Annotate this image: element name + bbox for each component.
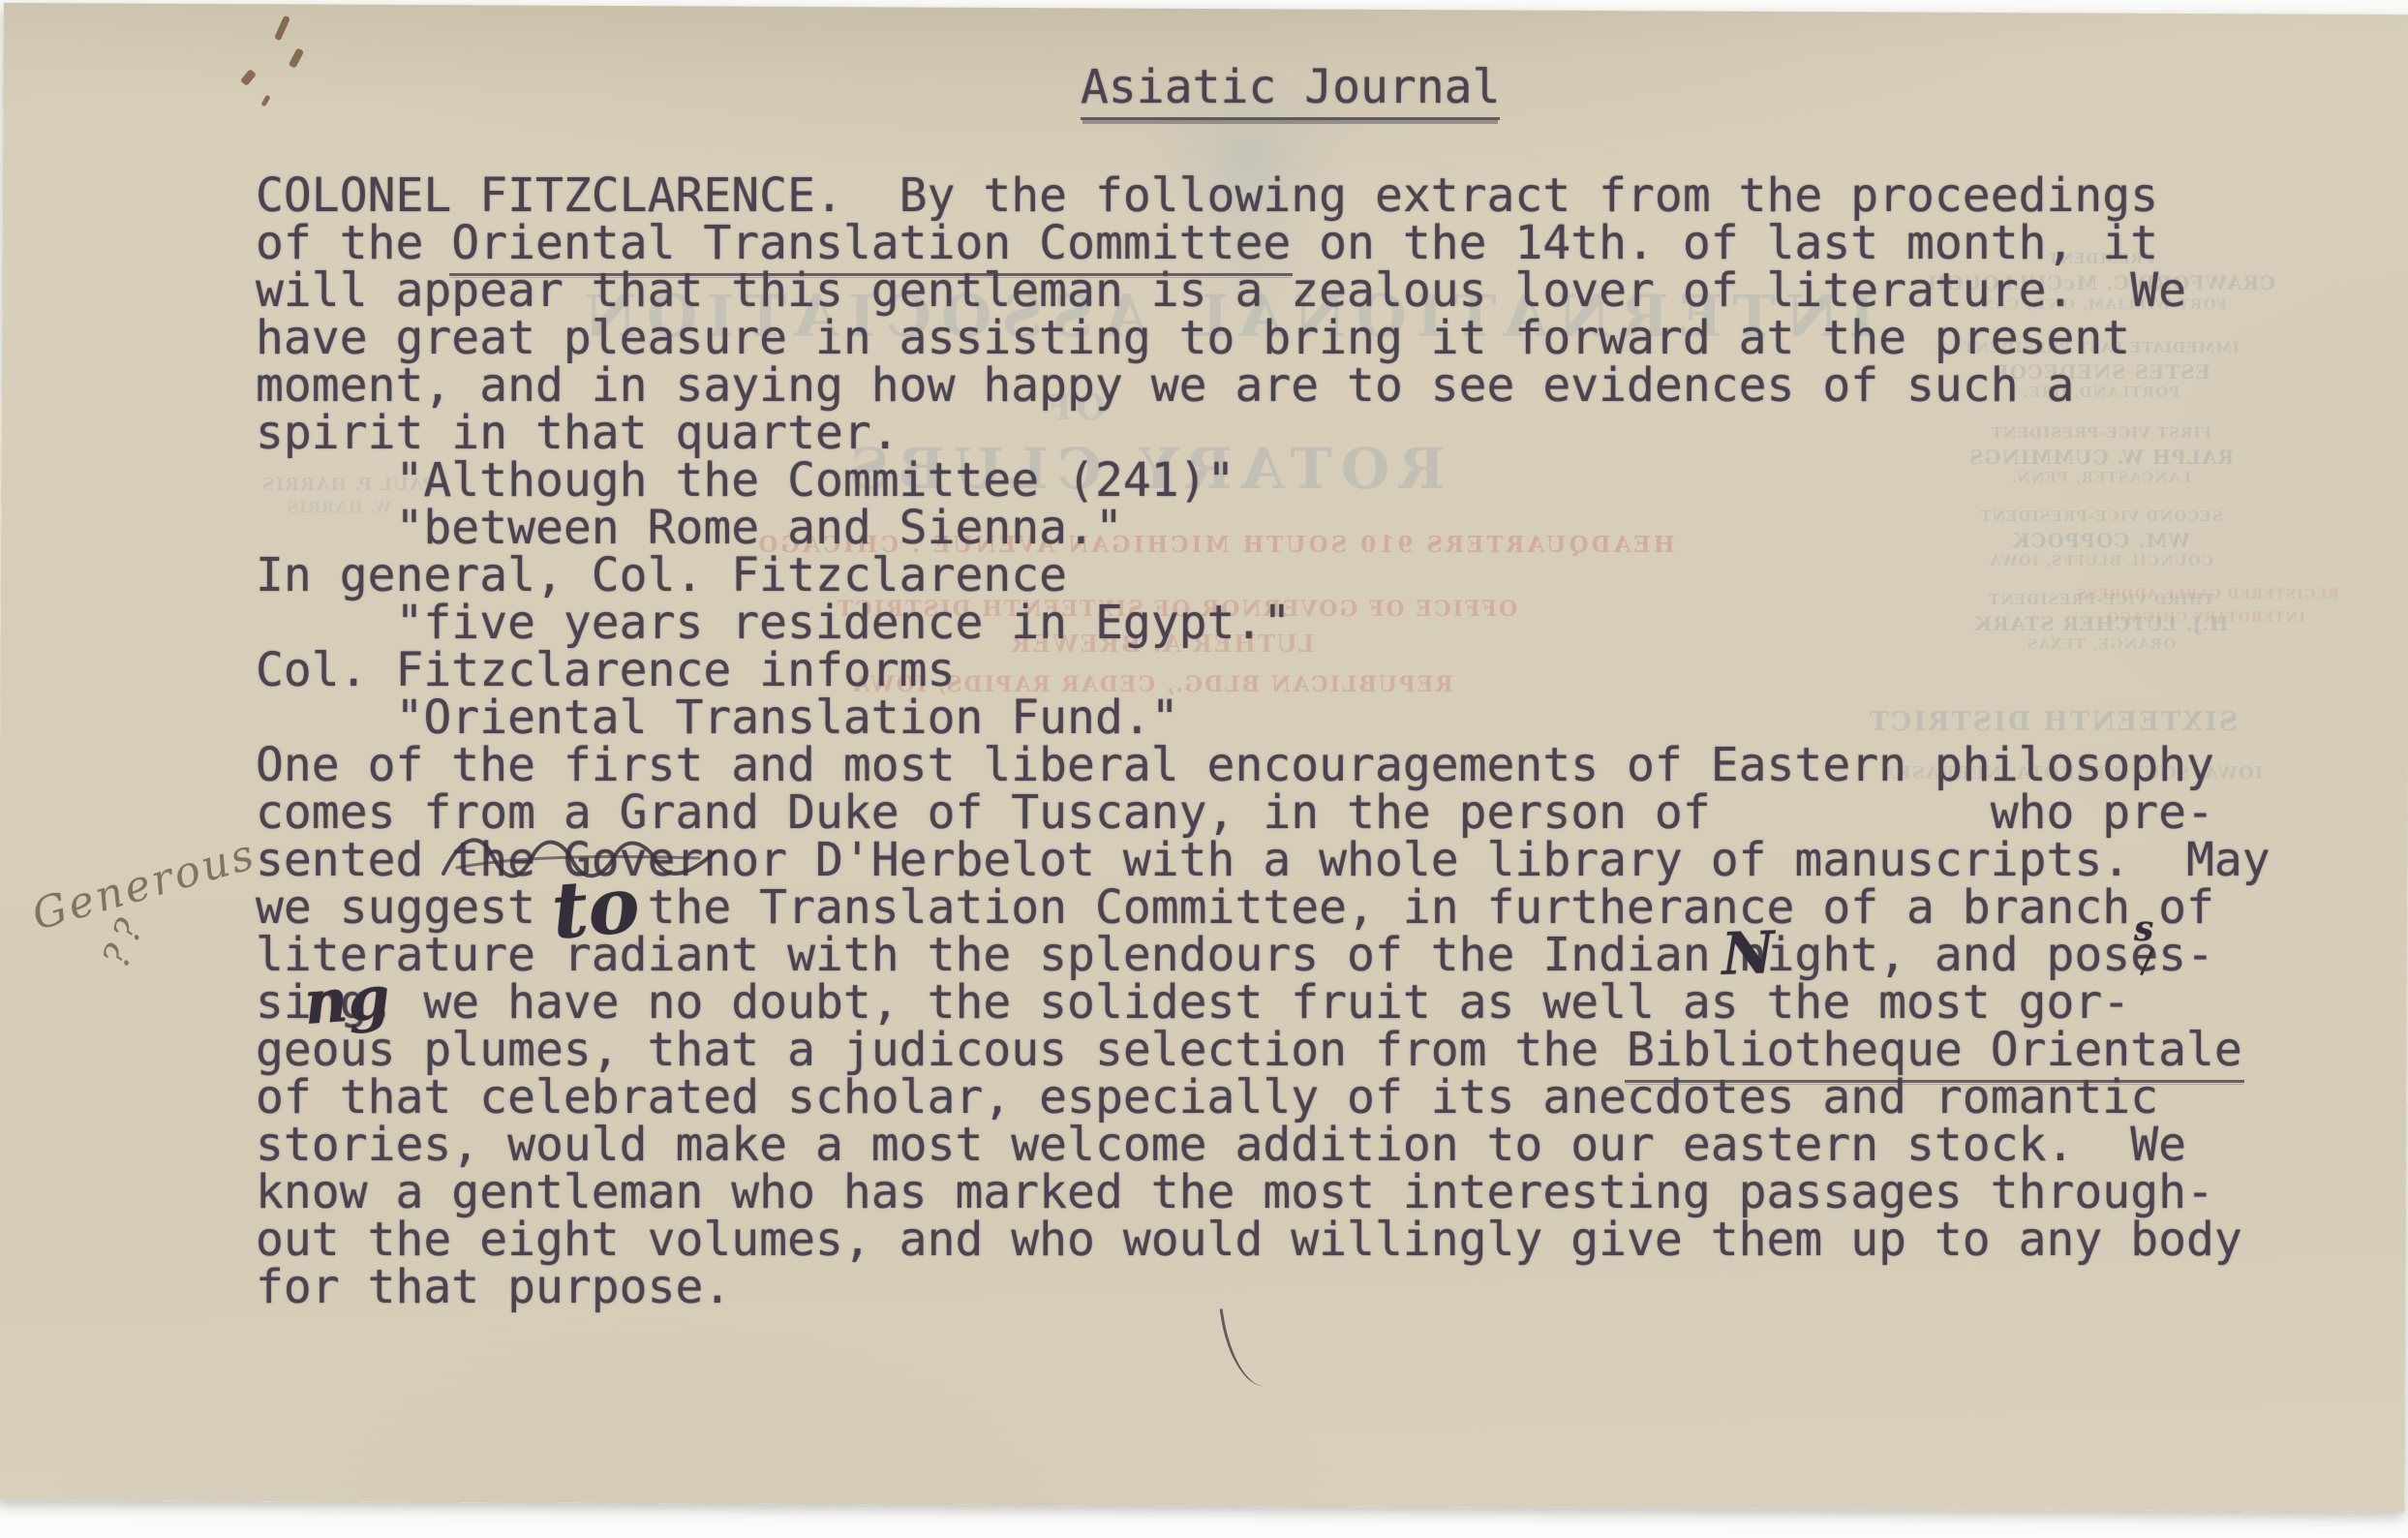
- scanned-document-page: { "page": { "paper_color": "#d7ceba", "i…: [0, 0, 2408, 1538]
- handwritten-correction-ng: ng: [302, 962, 392, 1038]
- typewritten-text: moment, and in saying how happy we are t…: [256, 358, 2074, 413]
- text-line: stories, would make a most welcome addit…: [256, 1122, 2271, 1169]
- text-line: out the eight volumes, and who would wil…: [256, 1216, 2271, 1264]
- text-line: In general, Col. Fitzclarence: [256, 552, 2271, 600]
- typewritten-text: geous plumes, that a judicous selection …: [256, 1023, 1627, 1077]
- typewritten-text: out the eight volumes, and who would wil…: [256, 1213, 2242, 1267]
- typewritten-text: know a gentleman who has marked the most…: [256, 1165, 2214, 1219]
- typewritten-text: literature radiant with the splendours o…: [256, 928, 2214, 982]
- typewritten-text: "Although the Committee (241)": [256, 453, 1234, 508]
- text-line: "five years residence in Egypt.": [256, 600, 2271, 647]
- typewritten-text: COLONEL FITZCLARENCE. By the following e…: [256, 169, 2158, 223]
- typewritten-text: for that purpose.: [256, 1260, 731, 1314]
- typewritten-text: have great pleasure in assisting to brin…: [256, 311, 2130, 365]
- text-line: "Although the Committee (241)": [256, 457, 2271, 505]
- text-line: for that purpose.: [256, 1264, 2271, 1311]
- handwritten-correction-capital-n: N: [1721, 919, 1776, 989]
- text-line: "between Rome and Sienna.": [256, 505, 2271, 552]
- typewritten-text: of that celebrated scholar, especially o…: [256, 1070, 2158, 1124]
- typewritten-text: stories, would make a most welcome addit…: [256, 1118, 2186, 1172]
- typewritten-text: on the 14th. of last month, it: [1291, 216, 2158, 270]
- typewritten-text: of the: [256, 216, 451, 270]
- typewritten-text: "Oriental Translation Fund.": [256, 691, 1179, 745]
- text-line: moment, and in saying how happy we are t…: [256, 362, 2271, 410]
- typewritten-text: sing, we have no doubt, the solidest fru…: [256, 975, 2130, 1030]
- typewritten-text: Col. Fitzclarence informs: [256, 643, 955, 697]
- text-line: have great pleasure in assisting to brin…: [256, 315, 2271, 362]
- text-line: know a gentleman who has marked the most…: [256, 1169, 2271, 1216]
- typewritten-text: will appear that this gentleman is a zea…: [256, 263, 2186, 318]
- typewritten-text: One of the first and most liberal encour…: [256, 738, 2214, 792]
- typewritten-text: "five years residence in Egypt.": [256, 596, 1291, 650]
- typewritten-text: In general, Col. Fitzclarence: [256, 548, 1067, 602]
- text-line: "Oriental Translation Fund.": [256, 694, 2271, 742]
- handwritten-insertion-s: s: [2134, 908, 2153, 949]
- text-line: One of the first and most liberal encour…: [256, 742, 2271, 789]
- text-line: spirit in that quarter.: [256, 410, 2271, 457]
- typewritten-text: spirit in that quarter.: [256, 406, 899, 460]
- document-title: Asiatic Journal: [1081, 64, 1500, 111]
- underlined-text: Bibliotheque Orientale: [1627, 1023, 2242, 1077]
- underlined-text: Oriental Translation Committee: [451, 216, 1291, 270]
- strikethrough-scribble: [438, 829, 747, 897]
- text-line: Col. Fitzclarence informs: [256, 647, 2271, 694]
- typewritten-body: COLONEL FITZCLARENCE. By the following e…: [256, 172, 2271, 1311]
- text-line: sing, we have no doubt, the solidest fru…: [256, 979, 2271, 1027]
- text-line: geous plumes, that a judicous selection …: [256, 1027, 2271, 1074]
- text-line: of the Oriental Translation Committee on…: [256, 220, 2271, 267]
- typewritten-text: "between Rome and Sienna.": [256, 501, 1123, 555]
- text-line: COLONEL FITZCLARENCE. By the following e…: [256, 172, 2271, 220]
- document-title-text: Asiatic Journal: [1081, 60, 1500, 120]
